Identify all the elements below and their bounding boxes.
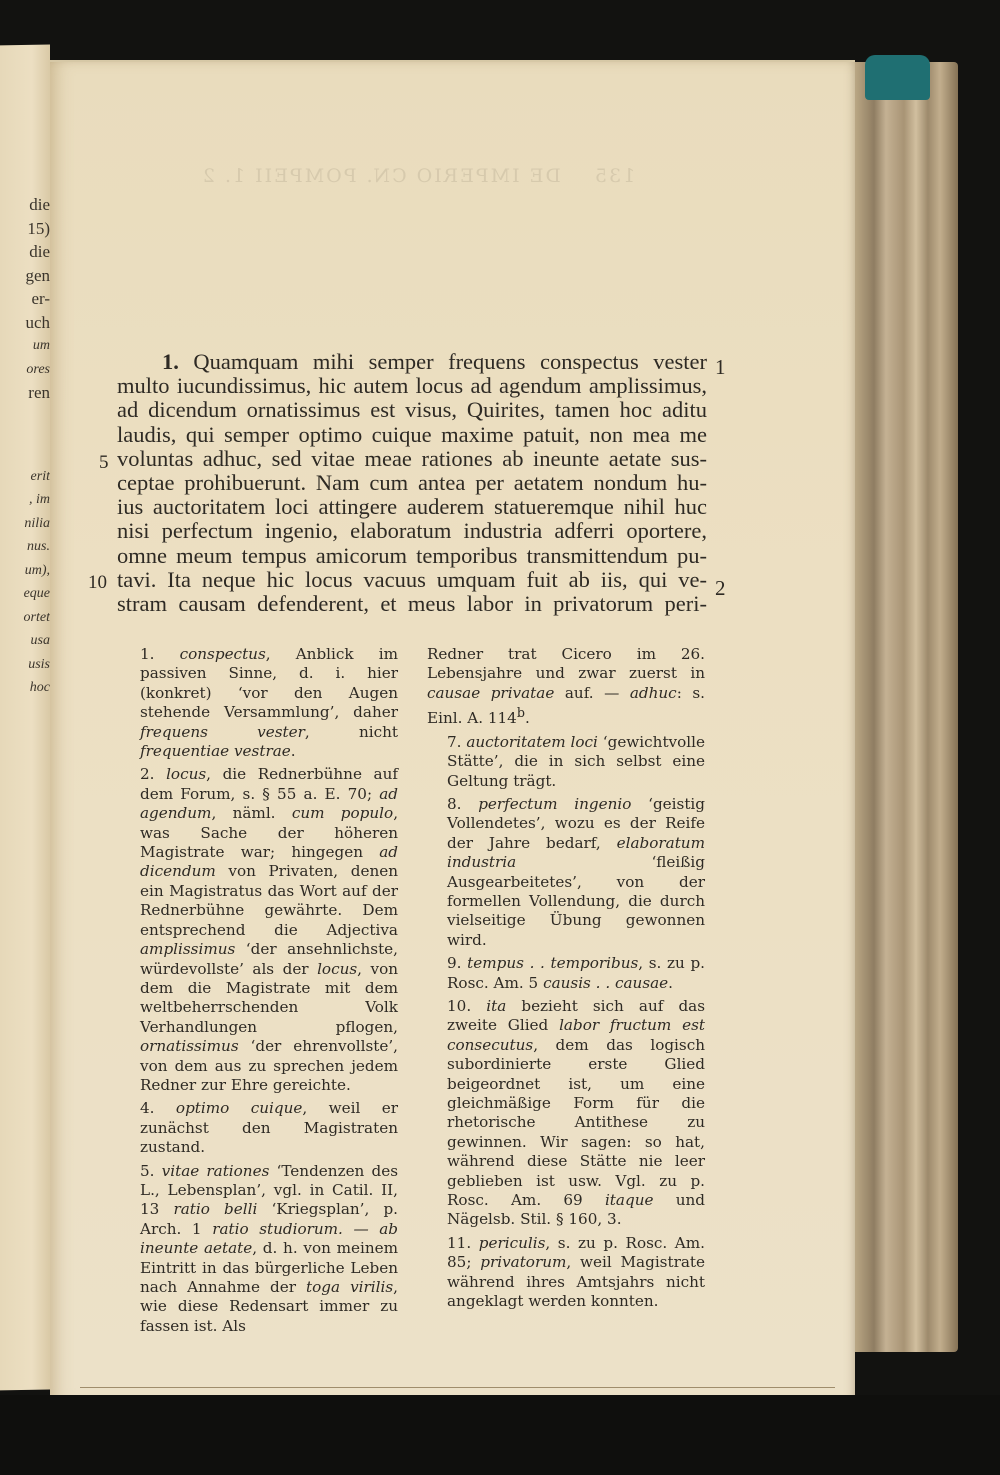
line-number-5: 5 (99, 452, 109, 474)
facing-page-fragment: , im (0, 488, 50, 512)
footnote: 4. optimo cuique, weil er zunächst den M… (120, 1099, 398, 1157)
background-dark (0, 1395, 1000, 1475)
footnote: 8. perfectum ingenio ‘geistig Vollendete… (427, 795, 705, 950)
section-number: 1. (162, 349, 179, 374)
facing-page-fragment: er- (0, 287, 50, 311)
lemma: ita (486, 997, 506, 1015)
footnotes-left-column: 1. conspectus, Anblick im passiven Sinne… (120, 645, 398, 1336)
footnote-number: 4. (140, 1099, 176, 1117)
lemma: causae privatae (427, 684, 554, 702)
footnote-text: , näml. (211, 804, 291, 822)
footnote-text: . (291, 742, 296, 760)
footnote-number: 9. (447, 954, 467, 972)
footnote: 7. auctoritatem loci ‘gewichtvolle Stätt… (427, 733, 705, 791)
text-line: multo iucundissimus, hic autem locus ad … (117, 374, 707, 398)
facing-page-fragment: um), (0, 559, 50, 583)
bookmark-ribbon (865, 55, 930, 100)
text-line: stram causam defenderent, et meus labor … (117, 592, 707, 616)
lemma: tempus . . temporibus (467, 954, 638, 972)
footnote-text: b (517, 705, 525, 720)
lemma: locus (166, 765, 206, 783)
footnote-number: 11. (447, 1234, 479, 1252)
footnote-text: Redner trat Cicero im 26. Lebensjahre un… (427, 645, 705, 682)
text-line: laudis, qui semper optimo cuique maxime … (117, 423, 707, 447)
paragraph-marker-1: 1 (715, 355, 726, 380)
footnote: Redner trat Cicero im 26. Lebensjahre un… (427, 645, 705, 729)
footnote-number: 5. (140, 1162, 162, 1180)
text-line: voluntas adhuc, sed vitae meae rationes … (117, 447, 707, 471)
facing-page-fragment: nilia (0, 512, 50, 536)
footnote-number: 1. (140, 645, 180, 663)
lemma: optimo cuique (176, 1099, 302, 1117)
bleed-page-number: 135 (593, 165, 635, 187)
facing-page-fragment: 15) (0, 217, 50, 241)
lemma: toga virilis (306, 1278, 393, 1296)
facing-page-fragment: usa (0, 629, 50, 653)
text-line: 1. Quamquam mihi semper frequens conspec… (117, 350, 707, 374)
text-line: tavi. Ita neque hic locus vacuus umquam … (117, 568, 707, 592)
text-line: ad dicendum ornatissimus est visus, Quir… (117, 398, 707, 422)
lemma: amplissimus (140, 940, 235, 958)
bleed-header: DE IMPERIO CN. POMPEII 1. 2 (201, 165, 561, 187)
lemma: periculis (479, 1234, 546, 1252)
lemma: ratio belli (173, 1200, 257, 1218)
footnote: 1. conspectus, Anblick im passiven Sinne… (120, 645, 398, 761)
lemma: perfectum ingenio (478, 795, 631, 813)
text-line: omne meum tempus amicorum temporibus tra… (117, 544, 707, 568)
footnote: 5. vitae rationes ‘Tendenzen des L., Leb… (120, 1162, 398, 1337)
lemma: itaque (605, 1191, 654, 1209)
text-line: nisi perfectum ingenio, elaboratum indus… (117, 519, 707, 543)
facing-page-fragment: hoc (0, 676, 50, 700)
paragraph-marker-2: 2 (715, 576, 726, 601)
facing-page-fragment: erit (0, 465, 50, 489)
footnote-number: 8. (447, 795, 478, 813)
lemma: auctoritatem loci (466, 733, 598, 751)
footnote: 9. tempus . . temporibus, s. zu p. Rosc.… (427, 954, 705, 993)
facing-page-fragment: ren (0, 381, 50, 405)
bleed-through-text: 135 DE IMPERIO CN. POMPEII 1. 2 (118, 165, 718, 209)
text-line-content: Quamquam mihi semper frequens conspectus… (193, 349, 707, 374)
facing-page-fragment: ortet (0, 606, 50, 630)
lemma: conspectus (180, 645, 266, 663)
footnote-text: . (525, 709, 530, 727)
lemma: adhuc (630, 684, 677, 702)
footnote-text: auf. — (554, 684, 630, 702)
facing-page-fragment: die (0, 240, 50, 264)
lemma: frequentiae vestrae (140, 742, 291, 760)
lemma: causis . . causae (543, 974, 668, 992)
footnote-number: 10. (447, 997, 486, 1015)
facing-page-fragment: die (0, 193, 50, 217)
footnote: 2. locus, die Rednerbühne auf dem Forum,… (120, 765, 398, 1095)
lemma: locus (317, 960, 357, 978)
text-line: ius auctoritatem loci attingere auderem … (117, 495, 707, 519)
lemma: cum populo (292, 804, 393, 822)
lemma: ornatissimus (140, 1037, 239, 1055)
page-bottom-rule (80, 1387, 835, 1388)
facing-page-fragment: uch (0, 311, 50, 335)
footnote: 10. ita bezieht sich auf das zweite Glie… (427, 997, 705, 1230)
footnote-text: , nicht (305, 723, 398, 741)
facing-page-fragment: nus. (0, 535, 50, 559)
facing-page-fragment: um (0, 334, 50, 358)
lemma: frequens vester (140, 723, 305, 741)
facing-page-fragment: gen (0, 264, 50, 288)
footnote-text: , dem das logisch subordinierte erste Gl… (447, 1036, 705, 1209)
footnote-text: . (668, 974, 673, 992)
lemma: privatorum (480, 1253, 566, 1271)
footnote-number: 2. (140, 765, 166, 783)
footnote: 11. periculis, s. zu p. Rosc. Am. 85; pr… (427, 1234, 705, 1312)
facing-page-fragment: usis (0, 653, 50, 677)
main-latin-text: 1. Quamquam mihi semper frequens conspec… (117, 350, 707, 616)
text-line: ceptae prohibuerunt. Nam cum antea per a… (117, 471, 707, 495)
book-fore-edge (838, 62, 958, 1352)
facing-page-fragment: eque (0, 582, 50, 606)
footnotes-right-column: Redner trat Cicero im 26. Lebensjahre un… (427, 645, 705, 1311)
facing-page-fragment: ores (0, 358, 50, 382)
lemma: vitae rationes (162, 1162, 270, 1180)
footnote-number: 7. (447, 733, 466, 751)
facing-page-text-fragments: die15)diegener-uchumoresrenerit, imnilia… (0, 193, 50, 700)
line-number-10: 10 (88, 572, 107, 594)
